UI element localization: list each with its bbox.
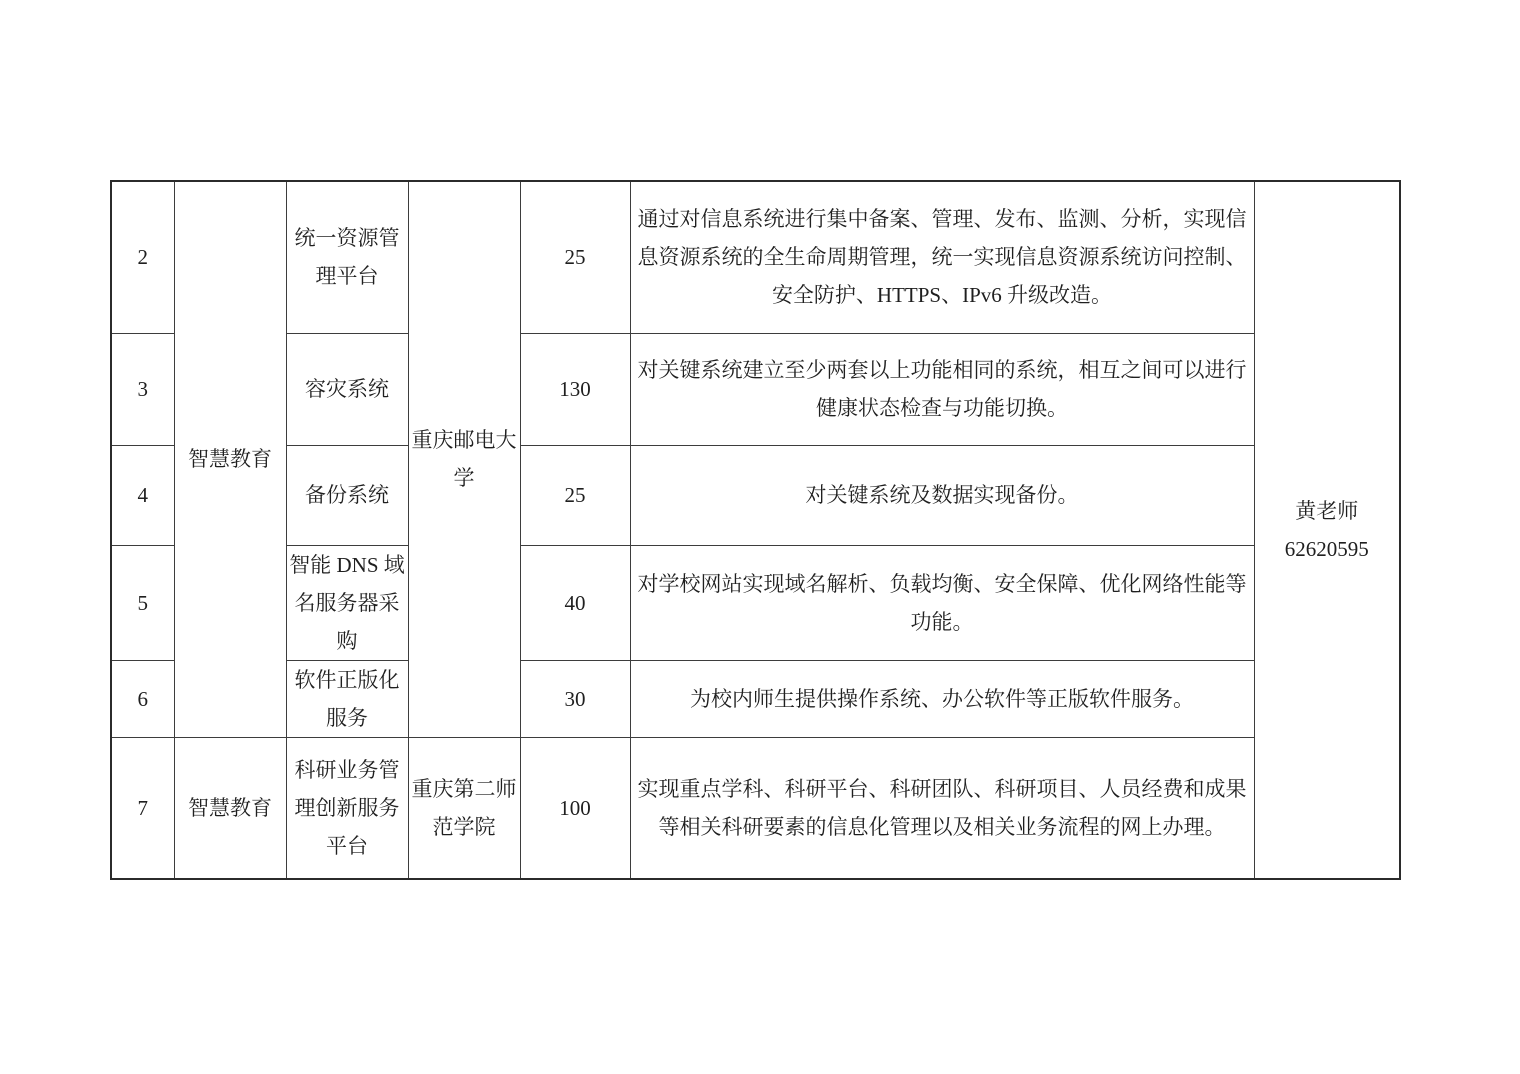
- document-page: 2 智慧教育 统一资源管理平台 重庆邮电大学 25 通过对信息系统进行集中备案、…: [0, 0, 1520, 1074]
- contact-cell-merged: 黄老师 62620595: [1254, 181, 1400, 879]
- project-table: 2 智慧教育 统一资源管理平台 重庆邮电大学 25 通过对信息系统进行集中备案、…: [110, 180, 1401, 880]
- project-description: 对关键系统及数据实现备份。: [630, 445, 1254, 545]
- amount-value: 130: [520, 333, 630, 445]
- project-name: 统一资源管理平台: [286, 181, 408, 333]
- amount-value: 25: [520, 445, 630, 545]
- row-number: 2: [111, 181, 174, 333]
- row-number: 6: [111, 660, 174, 737]
- row-number: 7: [111, 737, 174, 879]
- project-description: 通过对信息系统进行集中备案、管理、发布、监测、分析，实现信息资源系统的全生命周期…: [630, 181, 1254, 333]
- contact-name: 黄老师: [1255, 492, 1400, 530]
- row-number: 3: [111, 333, 174, 445]
- amount-value: 100: [520, 737, 630, 879]
- project-description: 实现重点学科、科研平台、科研团队、科研项目、人员经费和成果等相关科研要素的信息化…: [630, 737, 1254, 879]
- table-row: 6 软件正版化服务 30 为校内师生提供操作系统、办公软件等正版软件服务。: [111, 660, 1400, 737]
- amount-value: 30: [520, 660, 630, 737]
- project-description: 对关键系统建立至少两套以上功能相同的系统，相互之间可以进行健康状态检查与功能切换…: [630, 333, 1254, 445]
- organization-cell-merged: 重庆邮电大学: [408, 181, 520, 737]
- table-row: 5 智能 DNS 域名服务器采购 40 对学校网站实现域名解析、负载均衡、安全保…: [111, 545, 1400, 660]
- category-cell: 智慧教育: [174, 737, 286, 879]
- category-cell-merged: 智慧教育: [174, 181, 286, 737]
- organization-cell: 重庆第二师范学院: [408, 737, 520, 879]
- table-row: 2 智慧教育 统一资源管理平台 重庆邮电大学 25 通过对信息系统进行集中备案、…: [111, 181, 1400, 333]
- table-row: 7 智慧教育 科研业务管理创新服务平台 重庆第二师范学院 100 实现重点学科、…: [111, 737, 1400, 879]
- amount-value: 40: [520, 545, 630, 660]
- table-row: 4 备份系统 25 对关键系统及数据实现备份。: [111, 445, 1400, 545]
- project-name: 备份系统: [286, 445, 408, 545]
- project-description: 为校内师生提供操作系统、办公软件等正版软件服务。: [630, 660, 1254, 737]
- contact-phone: 62620595: [1255, 530, 1400, 568]
- row-number: 4: [111, 445, 174, 545]
- project-description: 对学校网站实现域名解析、负载均衡、安全保障、优化网络性能等功能。: [630, 545, 1254, 660]
- project-name: 科研业务管理创新服务平台: [286, 737, 408, 879]
- amount-value: 25: [520, 181, 630, 333]
- row-number: 5: [111, 545, 174, 660]
- project-name: 容灾系统: [286, 333, 408, 445]
- table-row: 3 容灾系统 130 对关键系统建立至少两套以上功能相同的系统，相互之间可以进行…: [111, 333, 1400, 445]
- project-name: 软件正版化服务: [286, 660, 408, 737]
- project-name: 智能 DNS 域名服务器采购: [286, 545, 408, 660]
